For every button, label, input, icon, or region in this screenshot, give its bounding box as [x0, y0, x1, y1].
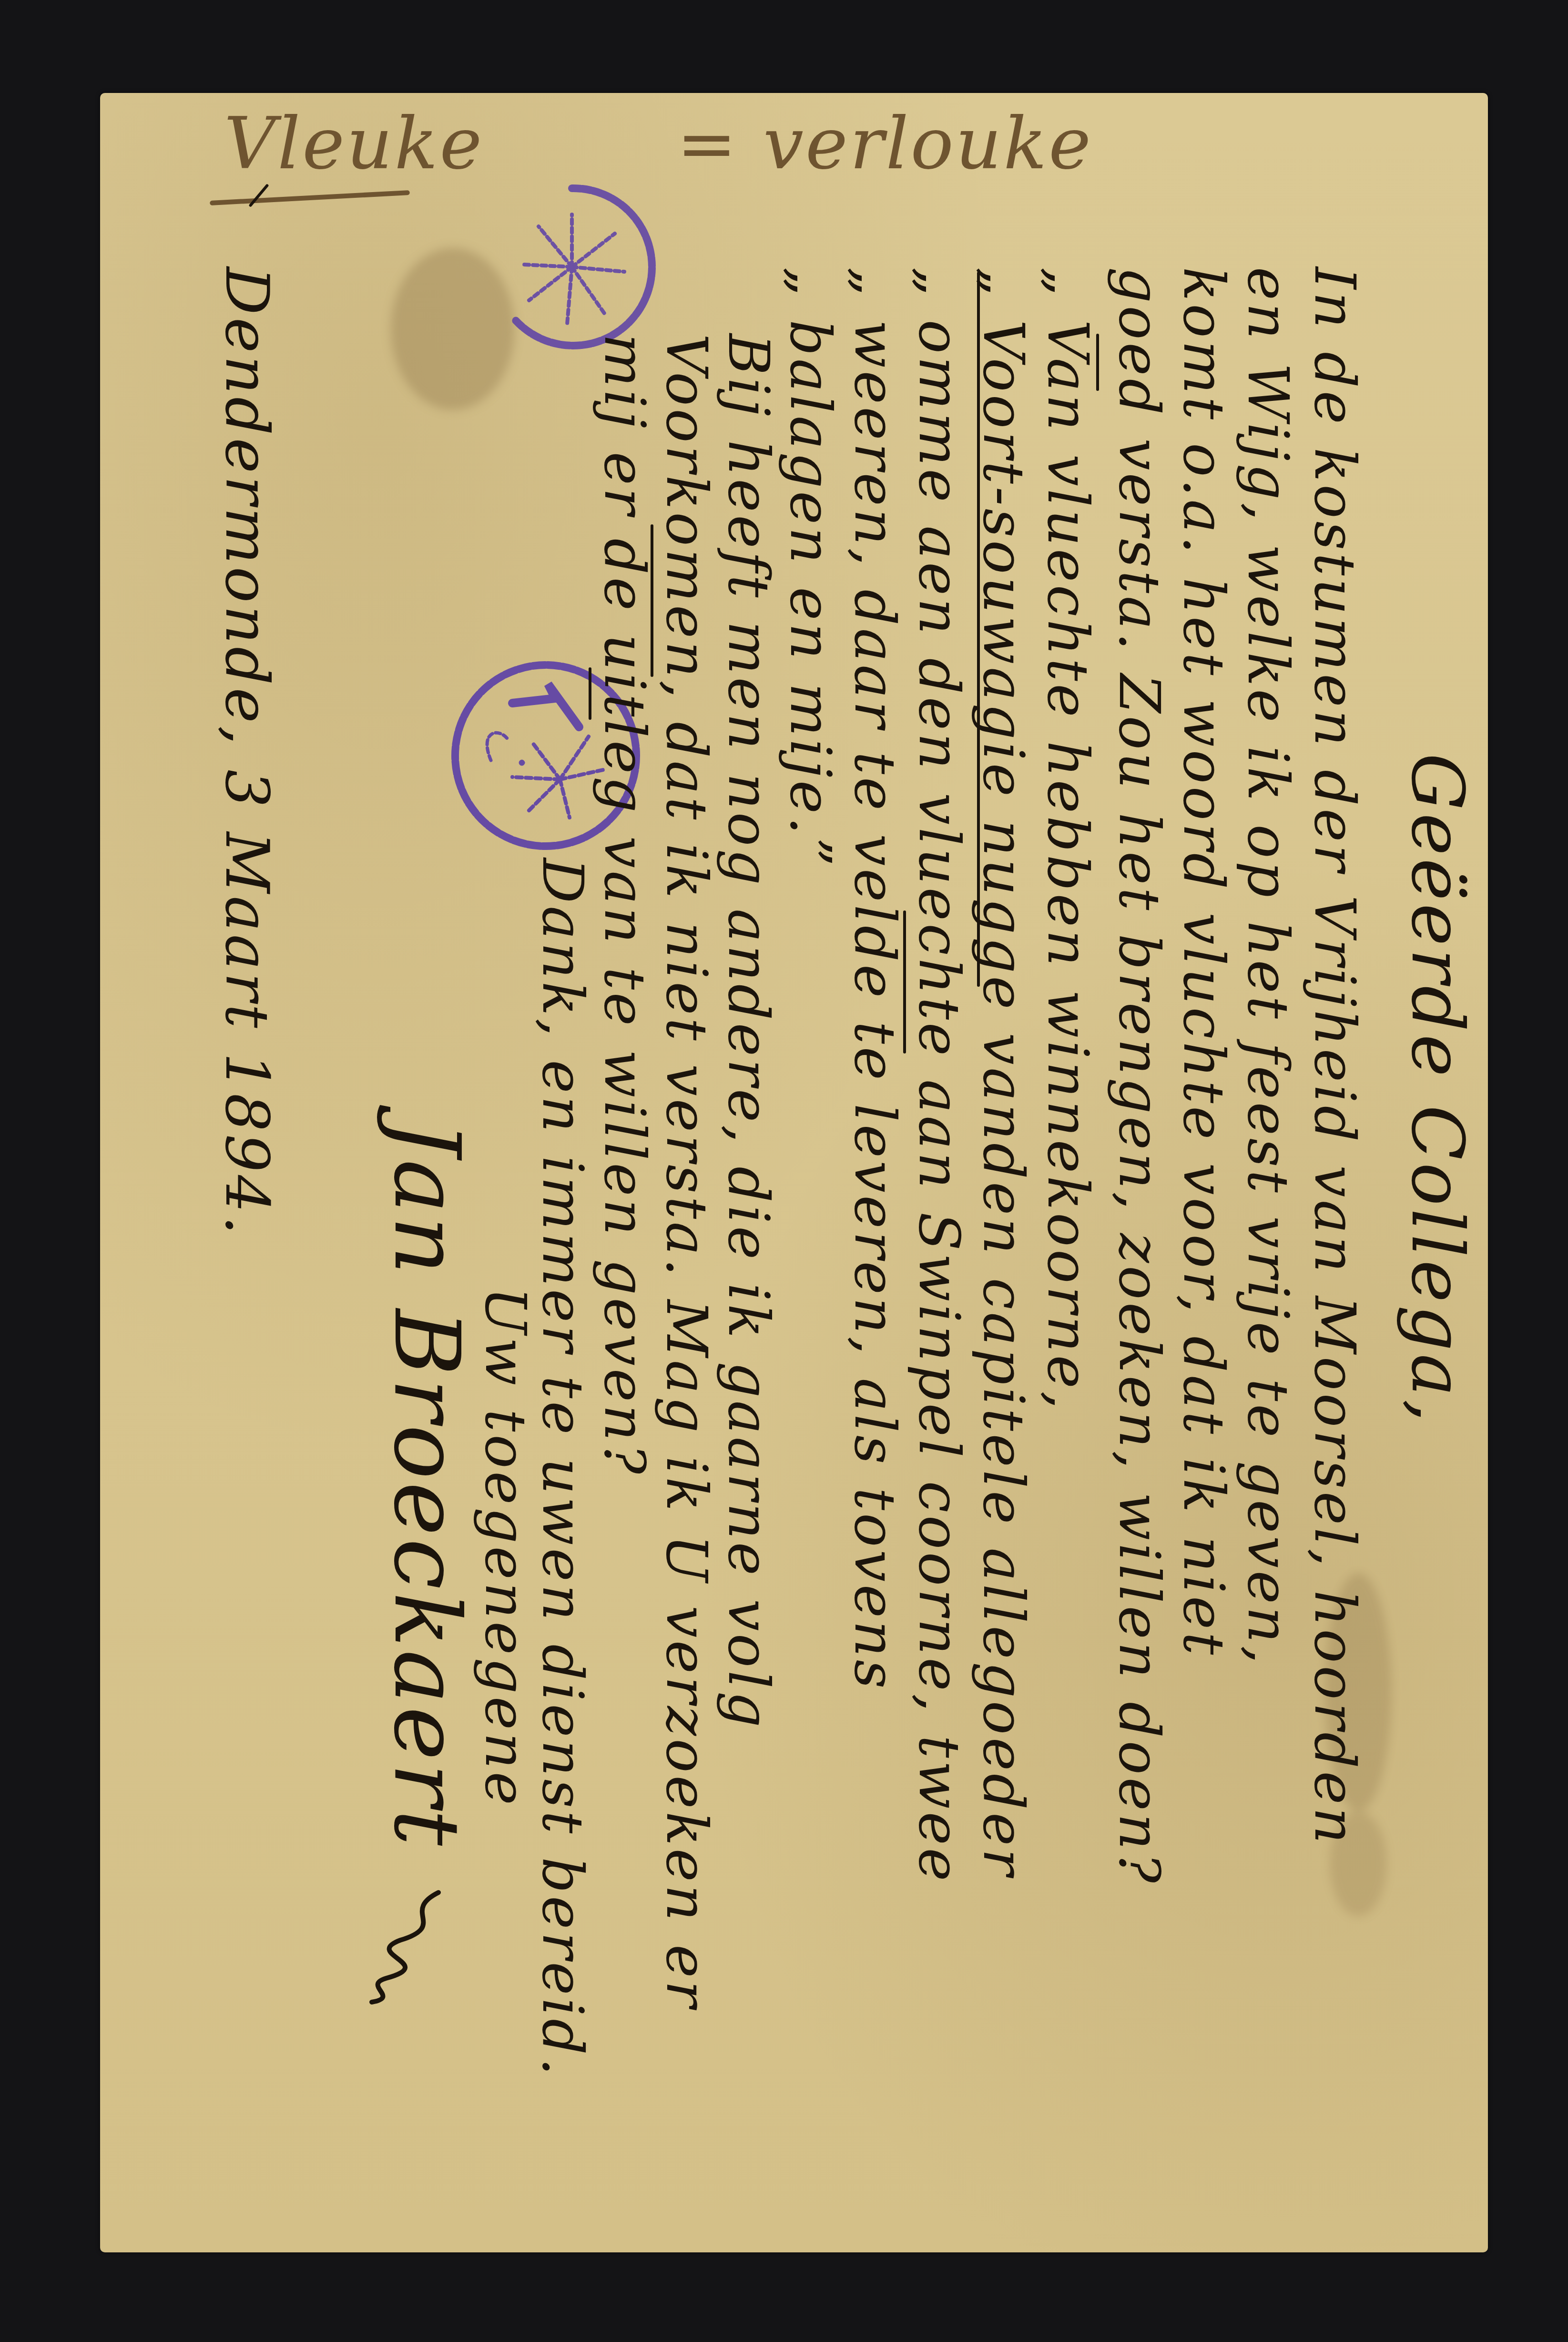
letter-line: en Wijg, welke ik op het feest vrije te …: [1240, 267, 1296, 1667]
letter-line: „ Van vluechte hebben winnekoorne,: [1040, 267, 1096, 1412]
letter-line: „ weeren, daar te velde te leveren, als …: [847, 267, 903, 1691]
annotation-left: Vleuke: [224, 102, 484, 185]
letter-line: goed versta. Zou het brengen, zoeken, wi…: [1111, 267, 1168, 1886]
underline: [651, 524, 653, 677]
letter-line: In de kostumen der Vrijheid van Moorsel,…: [1307, 267, 1363, 1846]
underline: [1096, 334, 1099, 391]
place-date: Dendermonde, 3 Maart 1894.: [217, 267, 276, 1237]
underline: [977, 272, 980, 987]
underline: [589, 667, 591, 720]
letter-line: Voorkomen, dat ik niet versta. Mag ik U …: [659, 334, 715, 2010]
underline: [903, 910, 906, 1053]
closing: Uw toegenegene: [478, 1287, 534, 1808]
letter-line: mij er de uitleg van te willen geven?: [597, 334, 653, 1477]
signature: Jan Broeckaert: [381, 1120, 472, 1849]
annotation-right: = verlouke: [677, 102, 1093, 185]
letter-line: Bij heeft men nog andere, die ik gaarne …: [721, 334, 777, 1730]
upper-seal-stamp: [486, 181, 658, 353]
salutation: Geëerde Collega,: [1401, 753, 1473, 1425]
letter-line: „ omme aen den vluechte aan Swinpel coor…: [911, 267, 967, 1884]
letter-line: „ Voort-souwagie nugge vanden capitele a…: [976, 267, 1032, 1879]
letter-line: komt o.a. het woord vluchte voor, dat ik…: [1176, 267, 1232, 1658]
letter-line: Dank, en immer te uwen dienst bereid.: [535, 858, 591, 2078]
signature-flourish: [343, 1883, 467, 2007]
letter-line: „ balagen en mije.”: [783, 267, 839, 869]
